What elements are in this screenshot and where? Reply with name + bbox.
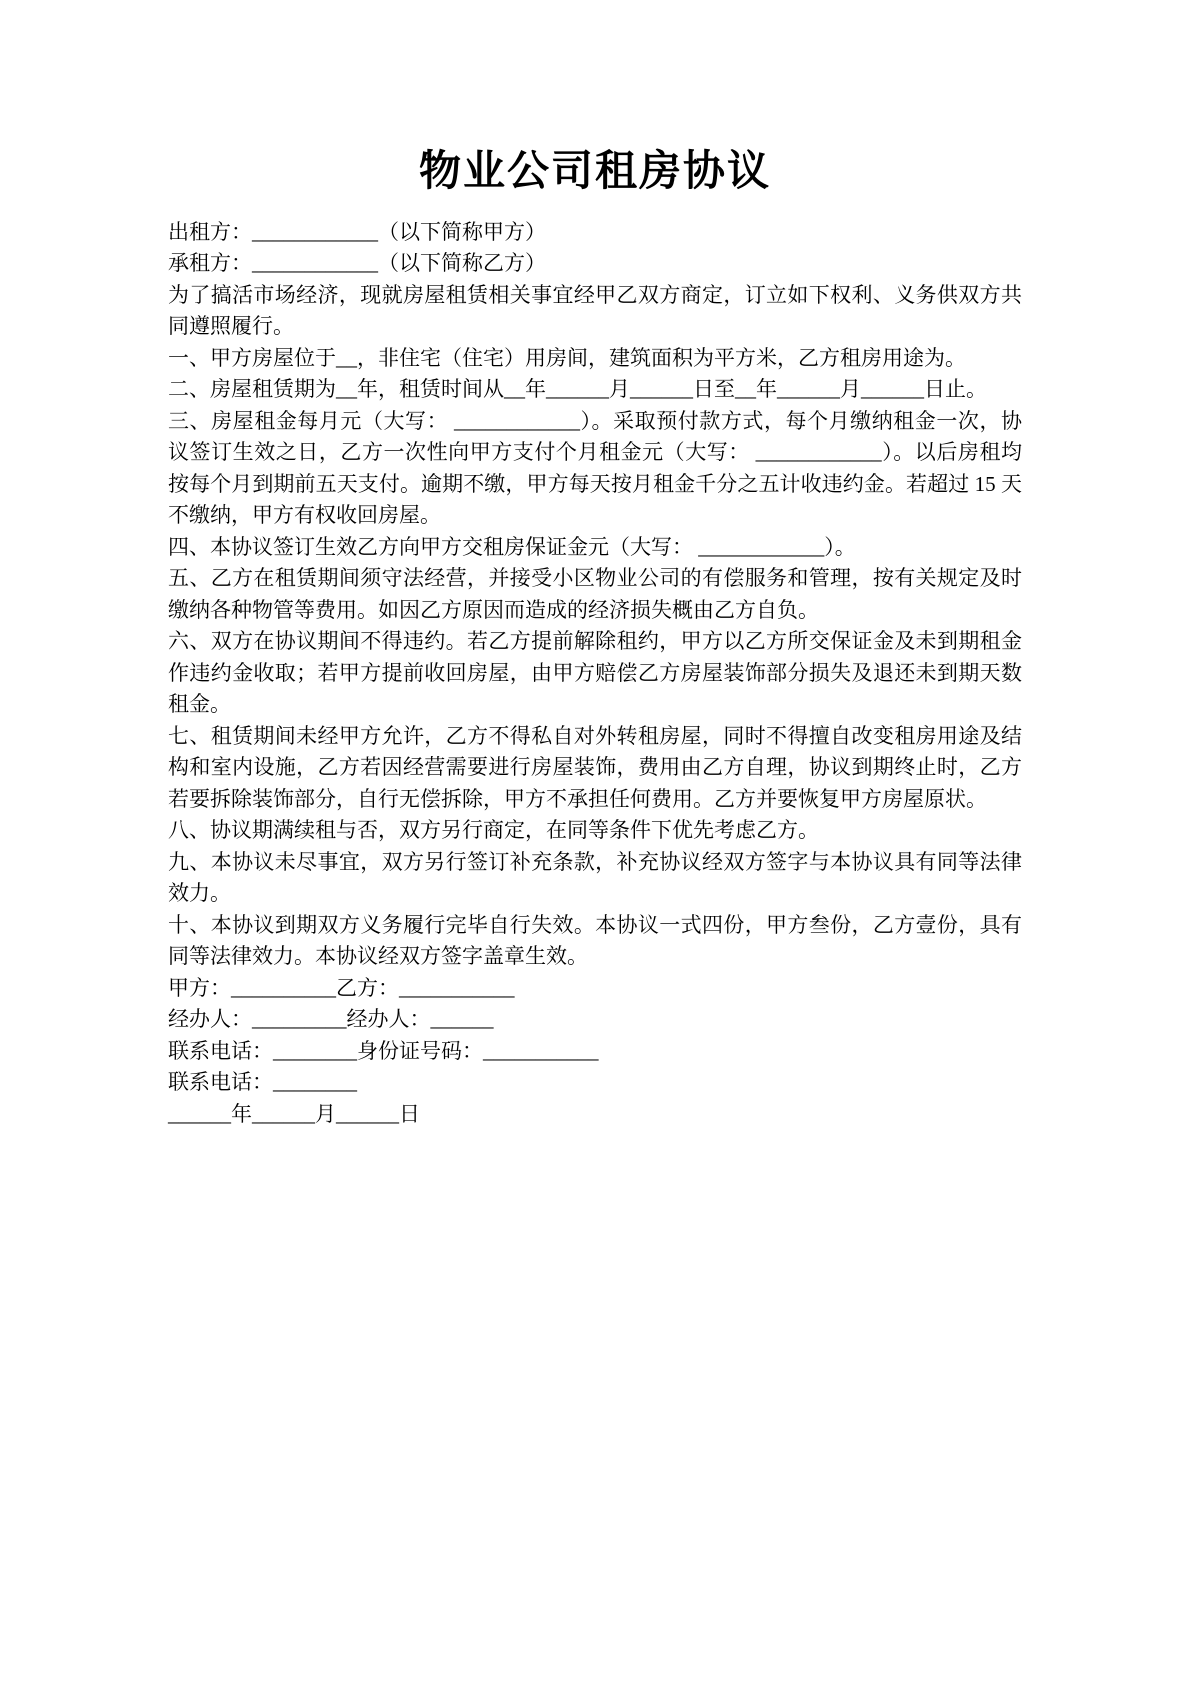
signature-parties-line: 甲方：__________乙方：___________ bbox=[168, 973, 1022, 1005]
document-title: 物业公司租房协议 bbox=[168, 146, 1022, 199]
lessor-line: 出租方：____________（以下简称甲方） bbox=[168, 217, 1022, 249]
clause-4: 四、本协议签订生效乙方向甲方交租房保证金元（大写： ____________）。 bbox=[168, 532, 1022, 564]
lessee-line: 承租方：____________（以下简称乙方） bbox=[168, 248, 1022, 280]
clause-3: 三、房屋租金每月元（大写： ____________）。采取预付款方式，每个月缴… bbox=[168, 406, 1022, 532]
signature-handlers-line: 经办人：_________经办人：______ bbox=[168, 1004, 1022, 1036]
date-line: ______年______月______日 bbox=[168, 1099, 1022, 1131]
clause-2: 二、房屋租赁期为__年，租赁时间从__年______月______日至__年__… bbox=[168, 374, 1022, 406]
clause-5: 五、乙方在租赁期间须守法经营，并接受小区物业公司的有偿服务和管理，按有关规定及时… bbox=[168, 563, 1022, 626]
clause-9: 九、本协议未尽事宜，双方另行签订补充条款，补充协议经双方签字与本协议具有同等法律… bbox=[168, 847, 1022, 910]
preamble: 为了搞活市场经济，现就房屋租赁相关事宜经甲乙双方商定，订立如下权利、义务供双方共… bbox=[168, 280, 1022, 343]
signature-phone-line: 联系电话：________ bbox=[168, 1067, 1022, 1099]
signature-phone-id-line: 联系电话：________身份证号码：___________ bbox=[168, 1036, 1022, 1068]
clause-10: 十、本协议到期双方义务履行完毕自行失效。本协议一式四份，甲方叁份，乙方壹份，具有… bbox=[168, 910, 1022, 973]
clause-8: 八、协议期满续租与否，双方另行商定，在同等条件下优先考虑乙方。 bbox=[168, 815, 1022, 847]
clause-6: 六、双方在协议期间不得违约。若乙方提前解除租约，甲方以乙方所交保证金及未到期租金… bbox=[168, 626, 1022, 721]
document-body: 出租方：____________（以下简称甲方） 承租方：___________… bbox=[168, 217, 1022, 1131]
document-page: 物业公司租房协议 出租方：____________（以下简称甲方） 承租方：__… bbox=[0, 0, 1190, 1683]
clause-7: 七、租赁期间未经甲方允许，乙方不得私自对外转租房屋，同时不得擅自改变租房用途及结… bbox=[168, 721, 1022, 816]
clause-1: 一、甲方房屋位于__，非住宅（住宅）用房间，建筑面积为平方米，乙方租房用途为。 bbox=[168, 343, 1022, 375]
